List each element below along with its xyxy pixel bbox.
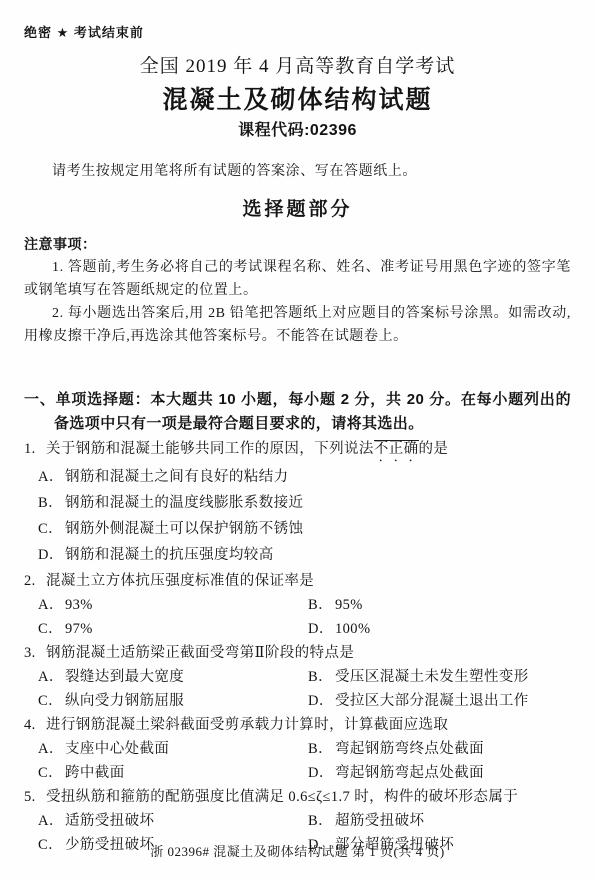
- option-item: A．适筋受扭破坏: [38, 809, 308, 833]
- question-text: 混凝土立方体抗压强度标准值的保证率是: [46, 569, 571, 593]
- option-text: 93%: [65, 593, 93, 617]
- option-label: C．: [38, 689, 65, 713]
- question-number: 5.: [24, 785, 46, 809]
- option-label: B．: [308, 665, 335, 689]
- question-number: 4.: [24, 713, 46, 737]
- option-text: 97%: [65, 617, 93, 641]
- exam-session-title: 全国 2019 年 4 月高等教育自学考试: [24, 54, 571, 80]
- option-text: 95%: [335, 593, 363, 617]
- option-text: 钢筋和混凝土之间有良好的粘结力: [65, 465, 289, 489]
- option-row: D．钢筋和混凝土的抗压强度均较高: [24, 543, 571, 567]
- question-text: 关于钢筋和混凝土能够共同工作的原因，下列说法不正确的是: [46, 437, 571, 465]
- option-text: 适筋受扭破坏: [65, 809, 154, 833]
- candidate-instruction: 请考生按规定用笔将所有试题的答案涂、写在答题纸上。: [24, 160, 571, 183]
- option-item: B．钢筋和混凝土的温度线膨胀系数接近: [38, 491, 303, 515]
- option-row: C．纵向受力钢筋屈服 D．受拉区大部分混凝土退出工作: [24, 689, 571, 713]
- note-item-1: 1. 答题前,考生务必将自己的考试课程名称、姓名、准考证号用黑色字迹的签字笔或钢…: [24, 256, 571, 302]
- option-item: B．95%: [308, 593, 363, 617]
- option-item: C．纵向受力钢筋屈服: [38, 689, 308, 713]
- option-row: B．钢筋和混凝土的温度线膨胀系数接近: [24, 491, 571, 515]
- option-item: A．裂缝达到最大宽度: [38, 665, 308, 689]
- option-text: 钢筋外侧混凝土可以保护钢筋不锈蚀: [65, 517, 303, 541]
- option-item: B．超筋受扭破坏: [308, 809, 424, 833]
- option-item: A．支座中心处截面: [38, 737, 308, 761]
- question-number: 2.: [24, 569, 46, 593]
- option-label: A．: [38, 465, 65, 489]
- question-text: 受扭纵筋和箍筋的配筋强度比值满足 0.6≤ζ≤1.7 时，构件的破坏形态属于: [46, 785, 571, 809]
- option-item: B．弯起钢筋弯终点处截面: [308, 737, 484, 761]
- option-row: A．适筋受扭破坏 B．超筋受扭破坏: [24, 809, 571, 833]
- page-footer: 浙 02396# 混凝土及砌体结构试题 第 1 页(共 4 页): [0, 841, 595, 860]
- question-number: 1.: [24, 437, 46, 465]
- option-label: B．: [308, 593, 335, 617]
- question-3: 3. 钢筋混凝土适筋梁正截面受弯第Ⅱ阶段的特点是 A．裂缝达到最大宽度 B．受压…: [24, 641, 571, 713]
- exam-page: 绝密 ★ 考试结束前 全国 2019 年 4 月高等教育自学考试 混凝土及砌体结…: [0, 0, 595, 882]
- option-row: A．裂缝达到最大宽度 B．受压区混凝土未发生塑性变形: [24, 665, 571, 689]
- question-text-post: 的是: [419, 441, 449, 457]
- option-text: 支座中心处截面: [65, 737, 169, 761]
- course-code: 课程代码:02396: [24, 120, 571, 142]
- option-label: D．: [308, 761, 335, 785]
- option-label: A．: [38, 665, 65, 689]
- question-2: 2. 混凝土立方体抗压强度标准值的保证率是 A．93% B．95% C．97% …: [24, 569, 571, 641]
- option-text: 钢筋和混凝土的温度线膨胀系数接近: [65, 491, 303, 515]
- option-label: D．: [308, 617, 335, 641]
- option-label: B．: [308, 737, 335, 761]
- option-row: C．钢筋外侧混凝土可以保护钢筋不锈蚀: [24, 517, 571, 541]
- option-item: B．受压区混凝土未发生塑性变形: [308, 665, 529, 689]
- option-text: 受拉区大部分混凝土退出工作: [335, 689, 529, 713]
- exam-subject-title: 混凝土及砌体结构试题: [24, 83, 571, 117]
- option-label: D．: [38, 543, 65, 567]
- option-row: C．97% D．100%: [24, 617, 571, 641]
- option-row: A．93% B．95%: [24, 593, 571, 617]
- question-text-pre: 关于钢筋和混凝土能够共同工作的原因，下列说法: [46, 441, 374, 457]
- emphasized-text: 不正确: [374, 440, 419, 457]
- note-item-2: 2. 每小题选出答案后,用 2B 铅笔把答题纸上对应题目的答案标号涂黑。如需改动…: [24, 302, 571, 348]
- option-text: 跨中截面: [65, 761, 125, 785]
- option-label: C．: [38, 761, 65, 785]
- option-item: D．受拉区大部分混凝土退出工作: [308, 689, 529, 713]
- option-item: D．100%: [308, 617, 370, 641]
- option-label: D．: [308, 689, 335, 713]
- option-text: 裂缝达到最大宽度: [65, 665, 184, 689]
- option-item: D．弯起钢筋弯起点处截面: [308, 761, 484, 785]
- question-text: 进行钢筋混凝土梁斜截面受剪承载力计算时，计算截面应选取: [46, 713, 571, 737]
- question-list: 1. 关于钢筋和混凝土能够共同工作的原因，下列说法不正确的是 A．钢筋和混凝土之…: [24, 437, 571, 857]
- option-row: C．跨中截面 D．弯起钢筋弯起点处截面: [24, 761, 571, 785]
- option-label: A．: [38, 737, 65, 761]
- section-one-header: 一、单项选择题：本大题共 10 小题，每小题 2 分，共 20 分。在每小题列出…: [24, 388, 571, 436]
- option-text: 超筋受扭破坏: [335, 809, 424, 833]
- option-label: B．: [38, 491, 65, 515]
- option-row: A．支座中心处截面 B．弯起钢筋弯终点处截面: [24, 737, 571, 761]
- option-text: 纵向受力钢筋屈服: [65, 689, 184, 713]
- option-label: A．: [38, 809, 65, 833]
- question-4: 4. 进行钢筋混凝土梁斜截面受剪承载力计算时，计算截面应选取 A．支座中心处截面…: [24, 713, 571, 785]
- classification-label: 绝密 ★ 考试结束前: [24, 25, 571, 41]
- option-text: 弯起钢筋弯终点处截面: [335, 737, 484, 761]
- option-item: A．钢筋和混凝土之间有良好的粘结力: [38, 465, 289, 489]
- option-label: C．: [38, 517, 65, 541]
- option-item: C．钢筋外侧混凝土可以保护钢筋不锈蚀: [38, 517, 303, 541]
- question-number: 3.: [24, 641, 46, 665]
- option-text: 钢筋和混凝土的抗压强度均较高: [65, 543, 274, 567]
- option-item: D．钢筋和混凝土的抗压强度均较高: [38, 543, 274, 567]
- option-label: A．: [38, 593, 65, 617]
- option-text: 100%: [335, 617, 370, 641]
- option-item: C．跨中截面: [38, 761, 308, 785]
- option-text: 弯起钢筋弯起点处截面: [335, 761, 484, 785]
- option-item: C．97%: [38, 617, 308, 641]
- notes-title: 注意事项：: [24, 233, 571, 256]
- option-item: A．93%: [38, 593, 308, 617]
- question-text: 钢筋混凝土适筋梁正截面受弯第Ⅱ阶段的特点是: [46, 641, 571, 665]
- option-text: 受压区混凝土未发生塑性变形: [335, 665, 529, 689]
- option-row: A．钢筋和混凝土之间有良好的粘结力: [24, 465, 571, 489]
- option-label: B．: [308, 809, 335, 833]
- section-title: 选择题部分: [24, 197, 571, 223]
- question-1: 1. 关于钢筋和混凝土能够共同工作的原因，下列说法不正确的是 A．钢筋和混凝土之…: [24, 437, 571, 567]
- option-label: C．: [38, 617, 65, 641]
